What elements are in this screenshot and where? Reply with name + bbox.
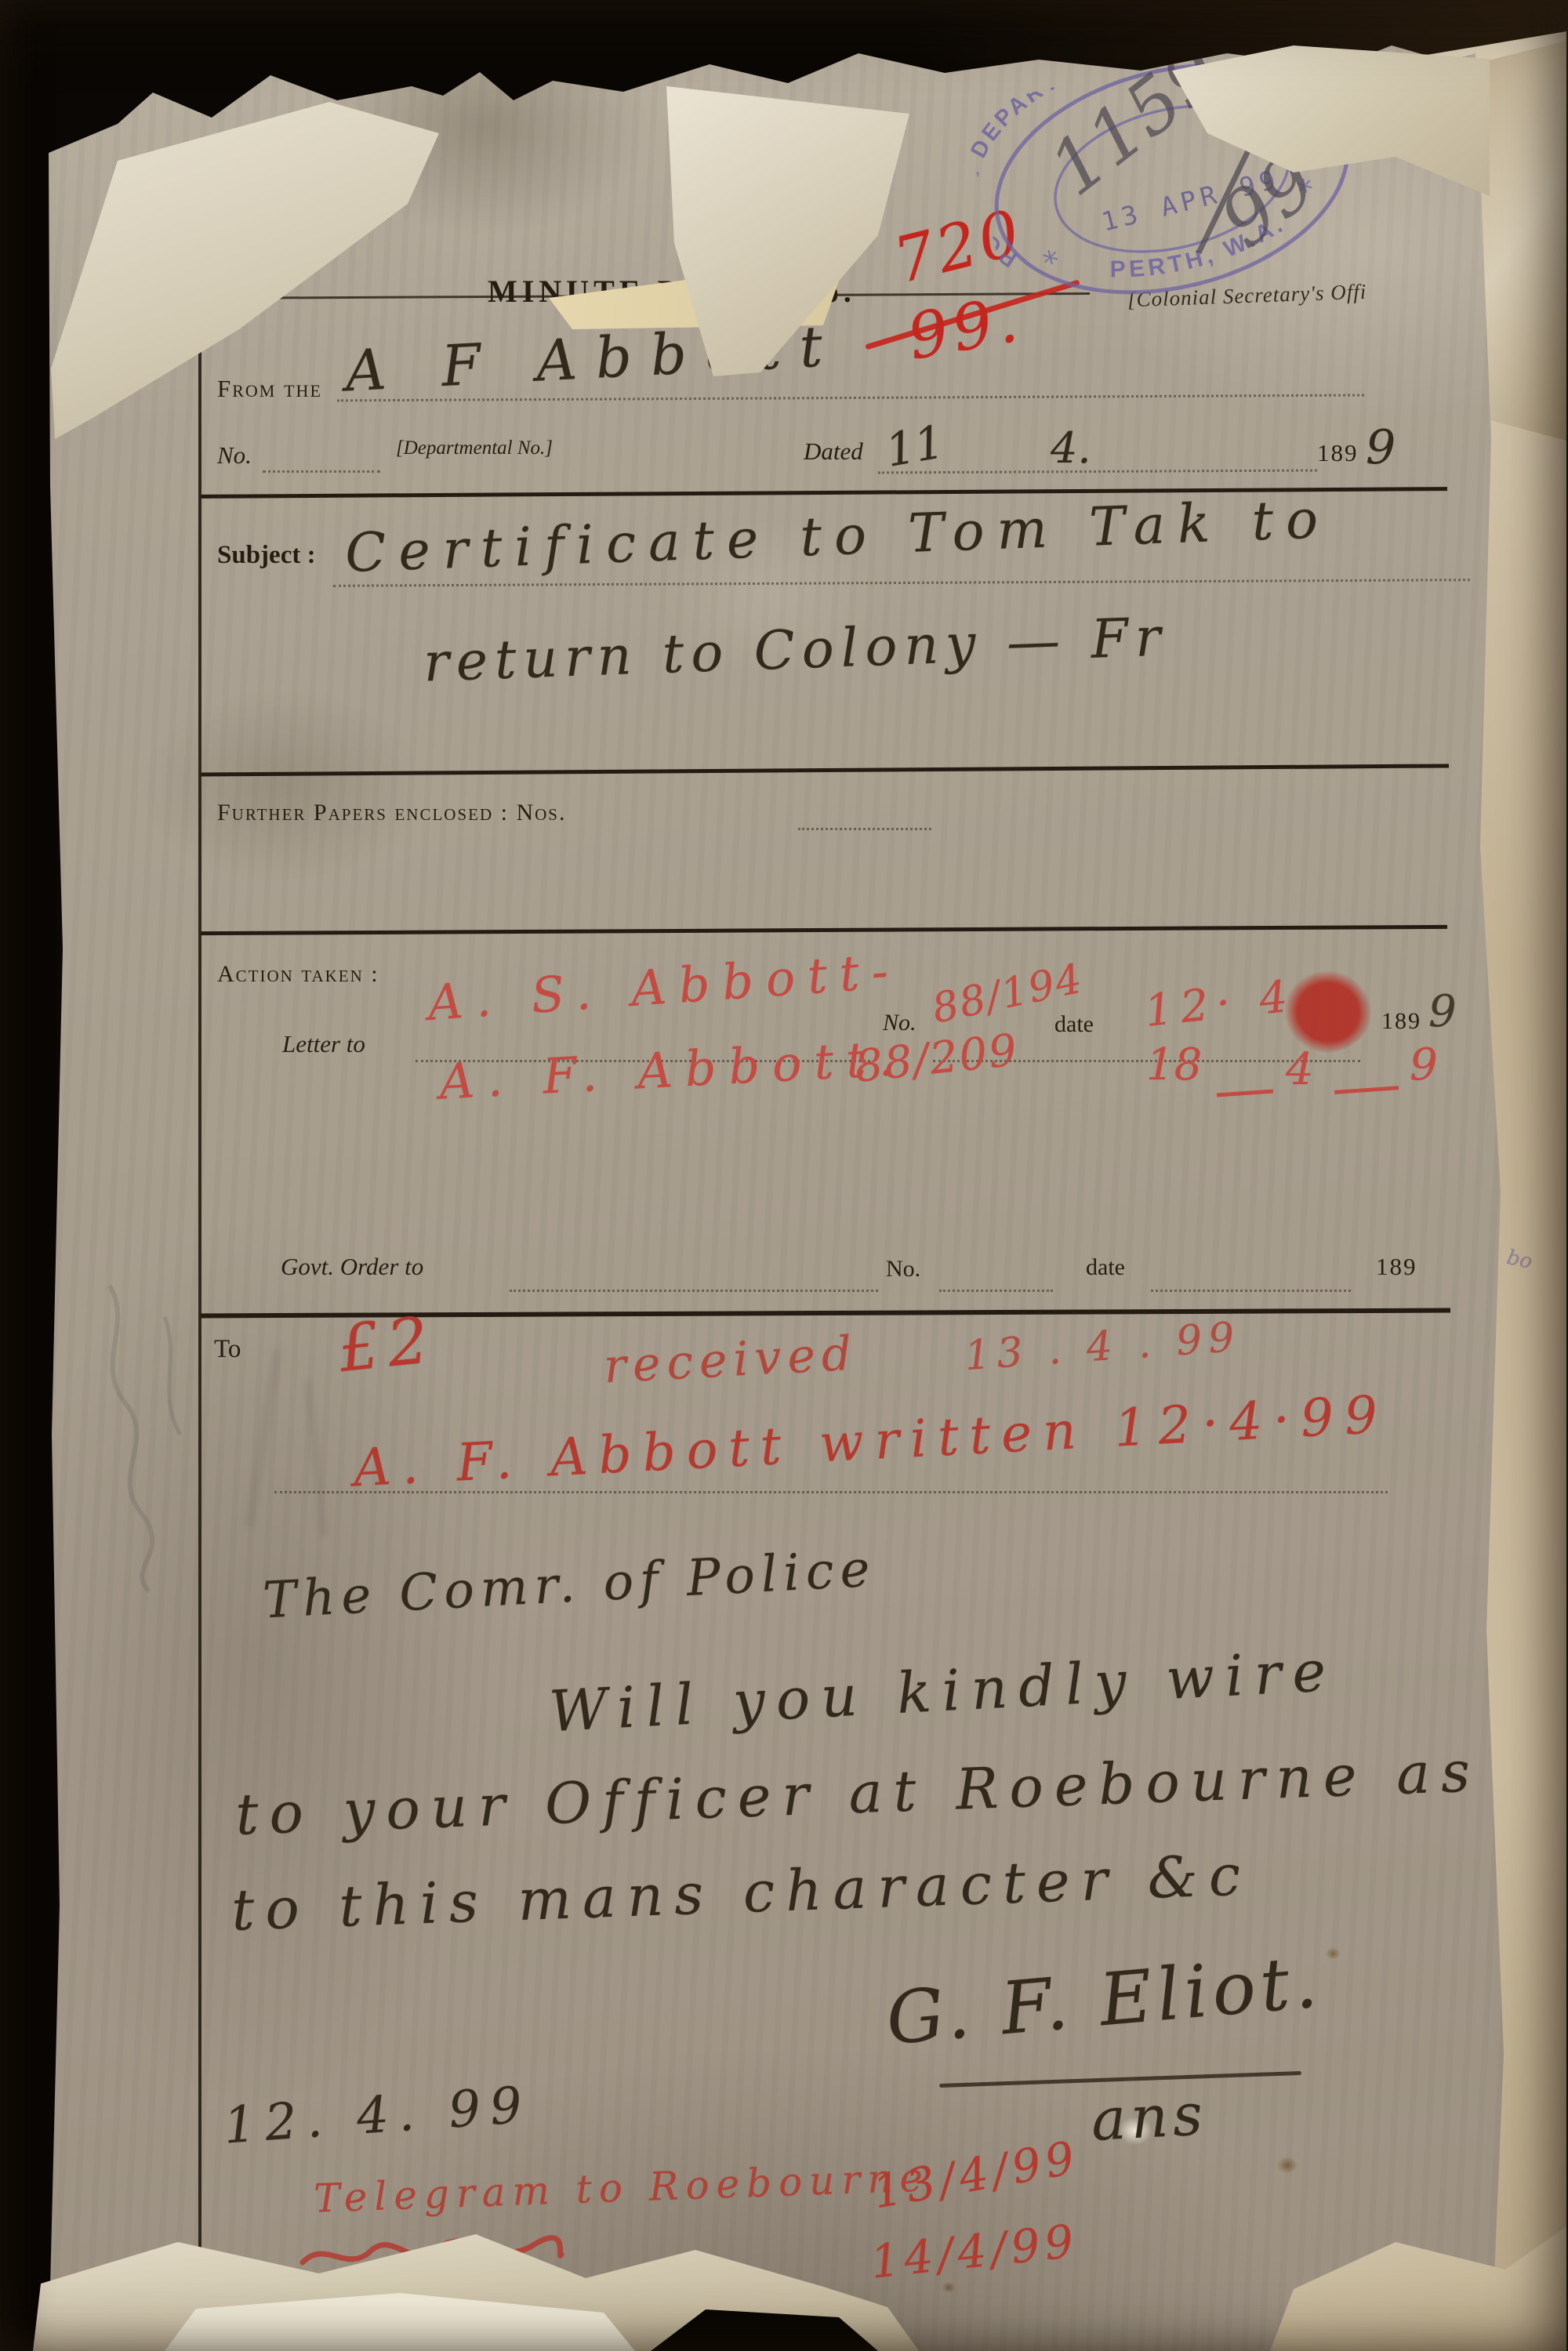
subject-dotted-line: [333, 579, 1470, 587]
further-papers-dotted-line: [798, 828, 931, 830]
from-label: From the: [217, 375, 322, 403]
pencil-scribble: [63, 1270, 235, 1599]
margin-mark: bo: [1504, 1246, 1534, 1274]
rule-above-action: [201, 925, 1447, 935]
subject-label: Subject :: [217, 541, 316, 570]
action-name-2: A. F. Abbott.: [437, 1029, 907, 1110]
action-date-1: 12· 4: [1142, 971, 1298, 1037]
rule-above-further: [201, 764, 1449, 776]
dated-year-printed: 189: [1317, 439, 1359, 467]
stamp-star-left-icon: *: [1040, 244, 1064, 282]
dated-dotted-line: [878, 470, 1317, 474]
action-date-2-dash-1: [1217, 1089, 1273, 1097]
note-line-4: to this mans character &c: [230, 1841, 1252, 1943]
minute-paper-sheet: MINUTE PAPER No. 720 99. [Colonial Secre…: [0, 0, 1568, 2351]
note-line-1: The Comr. of Police: [262, 1540, 878, 1631]
note-ans: ans: [1090, 2081, 1209, 2154]
dated-year-written: 9: [1366, 420, 1396, 475]
action-name-1: A. S. Abbott-: [426, 941, 902, 1032]
govt-date-label: date: [1086, 1254, 1125, 1281]
action-date-2-month: 4: [1286, 1044, 1314, 1095]
dated-label: Dated: [804, 437, 863, 466]
action-year-written: 9: [1428, 986, 1457, 1037]
action-date-label: date: [1054, 1011, 1094, 1038]
action-date-2-dash-2: [1334, 1086, 1399, 1094]
action-date-2-year: 9: [1410, 1039, 1438, 1090]
govt-dotted-line-3: [1151, 1290, 1351, 1292]
ink-ghost-smudge-2: [304, 1380, 328, 1536]
govt-dotted-line-2: [939, 1290, 1053, 1292]
scanned-document-page: MINUTE PAPER No. 720 99. [Colonial Secre…: [0, 0, 1568, 2351]
note-line-2: Will you kindly wire: [547, 1638, 1338, 1745]
govt-no-label: No.: [886, 1256, 920, 1283]
to-red-received: received: [602, 1326, 859, 1395]
departmental-no-bracket-label: [Departmental No.]: [396, 437, 553, 459]
govt-dotted-line-1: [510, 1290, 878, 1292]
to-red-line2: A. F. Abbott written 12·4·99: [352, 1384, 1390, 1498]
departmental-no-line: [263, 470, 380, 473]
subject-line1: Certificate to Tom Tak to: [344, 488, 1331, 585]
dated-day: 11: [882, 415, 948, 477]
action-taken-label: Action taken :: [217, 961, 379, 988]
signature: G. F. Eliot.: [883, 1939, 1325, 2061]
note-date: 12. 4. 99: [222, 2076, 533, 2155]
govt-order-label: Govt. Order to: [281, 1253, 423, 1281]
footer-date-2: 14/4/99: [868, 2214, 1080, 2288]
departmental-no-label-short: No.: [217, 441, 252, 470]
to-dotted-line: [274, 1491, 1388, 1493]
further-papers-label: Further Papers enclosed : Nos.: [217, 800, 566, 826]
dated-month: 4.: [1051, 423, 1091, 473]
to-red-amount: £2: [335, 1303, 440, 1387]
footer-telegram: Telegram to Roebourne: [313, 2154, 931, 2221]
subject-line2: return to Colony — Fr: [423, 606, 1169, 694]
govt-year: 189: [1376, 1253, 1417, 1281]
action-date-2-day: 18: [1146, 1039, 1202, 1090]
letter-to-label: Letter to: [282, 1030, 365, 1058]
footer-date-1: 13/4/99: [869, 2130, 1083, 2219]
note-line-3: to your Officer at Roebourne as: [234, 1738, 1482, 1847]
ink-ghost-smudge-1: [245, 1348, 282, 1528]
to-red-date: 13 . 4 . 99: [963, 1314, 1242, 1380]
action-year-printed: 189: [1381, 1008, 1421, 1035]
